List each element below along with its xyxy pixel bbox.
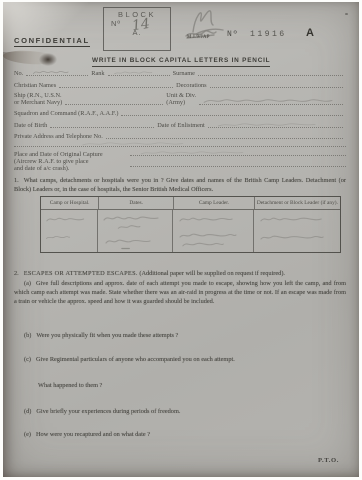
fill-line-ship bbox=[65, 101, 163, 105]
field-label-unit: Unit & Div. (Army) bbox=[166, 92, 197, 106]
field-row-address: Private Address and Telephone No. bbox=[14, 133, 346, 140]
serial-no-label: Nº bbox=[227, 30, 239, 39]
fill-line-surname bbox=[198, 72, 343, 76]
pencil-scribble bbox=[215, 121, 330, 128]
field-label-squadron: Squadron and Command (R.A.F., A.A.F.) bbox=[14, 110, 119, 117]
ink-speck bbox=[345, 13, 348, 15]
table-body-cell-leader bbox=[173, 210, 254, 252]
camps-table: Camp or Hospital. Dates. Camp Leader. De… bbox=[40, 196, 341, 253]
field-label-capture: Place and Date of Original Capture (Airc… bbox=[14, 151, 104, 172]
field-row-service: Ship (R.N., U.S.N. or Merchant Navy) Uni… bbox=[14, 92, 346, 106]
fill-line-address-2 bbox=[14, 143, 346, 147]
item-d-letter: (d) bbox=[24, 408, 31, 415]
item-a-letter: (a) bbox=[24, 280, 31, 287]
pencil-scribble bbox=[178, 214, 236, 224]
pencil-scribble bbox=[259, 232, 327, 242]
fill-line-no bbox=[26, 72, 88, 76]
series-letter: A bbox=[306, 27, 314, 39]
item-e-text: How were you recaptured and on what date… bbox=[36, 431, 150, 438]
fill-line-capture-1 bbox=[130, 152, 346, 156]
pencil-scribble bbox=[80, 140, 246, 147]
item-b-letter: (b) bbox=[24, 332, 31, 339]
table-header-leader: Camp Leader. bbox=[174, 197, 255, 209]
question-2-heading: 2.ESCAPES OR ATTEMPTED ESCAPES. (Additio… bbox=[14, 270, 346, 279]
field-row-names: Christian Names Decorations bbox=[14, 82, 346, 89]
field-label-ship: Ship (R.N., U.S.N. or Merchant Navy) bbox=[14, 92, 63, 106]
question-2-note: (Additional paper will be supplied on re… bbox=[139, 270, 285, 277]
field-row-dates: Date of Birth Date of Enlistment bbox=[14, 122, 346, 129]
capture-label-line3: and date of a/c crash). bbox=[14, 165, 69, 172]
table-header-dates: Dates. bbox=[99, 197, 174, 209]
fill-line-decorations bbox=[210, 84, 343, 88]
question-1-number: 1. bbox=[14, 177, 19, 184]
unit-label-line2: (Army) bbox=[166, 99, 185, 106]
item-a-text: Give full descriptions and approx. date … bbox=[14, 280, 346, 305]
fill-line-dob bbox=[50, 124, 154, 128]
table-header-detachment: Detachment or Block Leader (if any). bbox=[255, 197, 340, 209]
block-stamp: BLOCK Nº A. 14 bbox=[103, 7, 171, 51]
pencil-scribble bbox=[32, 68, 75, 76]
field-label-address: Private Address and Telephone No. bbox=[14, 133, 104, 140]
question-2-title: ESCAPES OR ATTEMPTED ESCAPES. bbox=[24, 270, 138, 277]
field-label-christian-names: Christian Names bbox=[14, 82, 57, 89]
serial-number: 11916 bbox=[250, 30, 287, 39]
unit-label-line1: Unit & Div. bbox=[166, 92, 196, 99]
camps-table-header-row: Camp or Hospital. Dates. Camp Leader. De… bbox=[41, 197, 340, 210]
pencil-scribble bbox=[181, 239, 227, 249]
pencil-scribble bbox=[139, 149, 269, 156]
question-1-text: What camps, detachments or hospitals wer… bbox=[14, 177, 346, 193]
pencil-scribble bbox=[202, 96, 339, 105]
form-paper: CONFIDENTIAL BLOCK Nº A. 14 M.I.9/JAP Nº… bbox=[3, 2, 359, 477]
instruction-header: WRITE IN BLOCK CAPITAL LETTERS IN PENCIL bbox=[92, 57, 270, 67]
item-b-text: Were you physically fit when you made th… bbox=[36, 332, 178, 339]
item-e-letter: (e) bbox=[24, 431, 31, 438]
item-c-letter: (c) bbox=[24, 356, 31, 363]
pencil-scribble bbox=[104, 236, 154, 246]
fill-line-squadron bbox=[121, 112, 343, 116]
question-2-item-e: (e)How were you recaptured and on what d… bbox=[14, 431, 346, 440]
fill-line-capture-2 bbox=[130, 163, 346, 167]
pencil-scribble bbox=[45, 214, 91, 224]
scanned-form-photo: CONFIDENTIAL BLOCK Nº A. 14 M.I.9/JAP Nº… bbox=[0, 0, 362, 480]
field-label-surname: Surname bbox=[173, 70, 196, 77]
table-body-cell-dates bbox=[98, 210, 173, 252]
item-d-text: Give briefly your experiences during per… bbox=[36, 408, 180, 415]
table-header-camp: Camp or Hospital. bbox=[41, 197, 99, 209]
classification-label: CONFIDENTIAL bbox=[14, 36, 90, 47]
pencil-scribble bbox=[120, 246, 132, 251]
field-label-decorations: Decorations bbox=[176, 82, 207, 89]
question-1: 1.What camps, detachments or hospitals w… bbox=[14, 177, 346, 195]
field-label-enlistment: Date of Enlistment bbox=[157, 122, 206, 129]
pencil-scribble bbox=[259, 214, 325, 224]
fill-line-address bbox=[106, 135, 343, 139]
pto-label: P.T.O. bbox=[318, 457, 339, 464]
office-stamp: M.I.9/JAP bbox=[187, 35, 210, 40]
field-label-no: No. bbox=[14, 70, 24, 77]
question-2-item-c: (c)Give Regimental particulars of anyone… bbox=[14, 356, 346, 365]
field-label-rank: Rank bbox=[91, 70, 105, 77]
pencil-scribble bbox=[116, 222, 144, 231]
field-row-squadron: Squadron and Command (R.A.F., A.A.F.) bbox=[14, 110, 346, 117]
fill-line-christian-names bbox=[59, 84, 173, 88]
camps-table-body bbox=[41, 210, 340, 252]
field-label-dob: Date of Birth bbox=[14, 122, 48, 129]
ship-label-line1: Ship (R.N., U.S.N. bbox=[14, 92, 62, 99]
question-2-item-b: (b)Were you physically fit when you made… bbox=[14, 332, 346, 341]
fill-line-enlistment bbox=[208, 124, 343, 128]
question-2-number: 2. bbox=[14, 270, 19, 277]
fill-line-unit bbox=[199, 101, 343, 105]
item-c-text: Give Regimental particulars of anyone wh… bbox=[36, 356, 235, 363]
table-body-cell-camp bbox=[41, 210, 98, 252]
table-body-cell-detachment bbox=[254, 210, 340, 252]
item-c2-text: What happened to them ? bbox=[38, 382, 102, 389]
field-row-identity: No. Rank Surname bbox=[14, 70, 346, 77]
block-number-handwritten: 14 bbox=[131, 16, 151, 34]
capture-label-line2: (Aircrew R.A.F. to give place bbox=[14, 158, 89, 165]
paper-tear-hole bbox=[39, 53, 57, 66]
question-2-item-c2: What happened to them ? bbox=[14, 382, 346, 391]
question-2-item-d: (d)Give briefly your experiences during … bbox=[14, 408, 346, 417]
fill-line-rank bbox=[108, 72, 170, 76]
pencil-scribble bbox=[113, 69, 160, 76]
ship-label-line2: or Merchant Navy) bbox=[14, 99, 62, 106]
question-2-item-a: (a)Give full descriptions and approx. da… bbox=[14, 280, 346, 306]
pencil-scribble bbox=[45, 232, 81, 242]
capture-label-line1: Place and Date of Original Capture bbox=[14, 151, 103, 158]
